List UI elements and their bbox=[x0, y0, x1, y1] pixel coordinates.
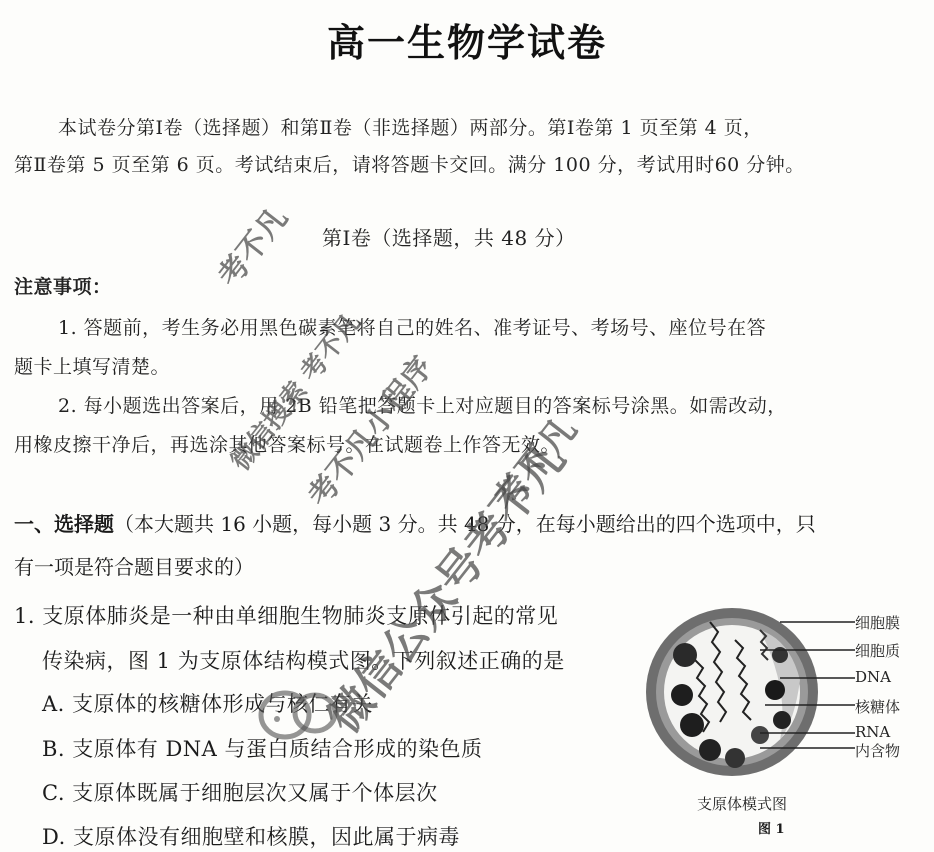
notes-item-1-line-2: 题卡上填写清楚。 bbox=[14, 352, 170, 379]
figure-label-cell-membrane: 细胞膜 bbox=[855, 612, 900, 633]
intro-line-1: 本试卷分第Ⅰ卷（选择题）和第Ⅱ卷（非选择题）两部分。第Ⅰ卷第 1 页至第 4 页… bbox=[58, 113, 763, 140]
notes-item-2-line-2: 用橡皮擦干净后，再选涂其他答案标号。在试题卷上作答无效。 bbox=[14, 430, 560, 457]
figure-label-inclusion: 内含物 bbox=[855, 740, 900, 761]
figure-label-ribosome: 核糖体 bbox=[855, 696, 900, 717]
figure-label-cytoplasm: 细胞质 bbox=[855, 640, 900, 661]
notes-item-1-line-1: 1. 答题前，考生务必用黑色碳素笔将自己的姓名、准考证号、考场号、座位号在答 bbox=[58, 313, 766, 340]
question-1-option-d: D. 支原体没有细胞壁和核膜，因此属于病毒 bbox=[42, 821, 460, 851]
figure-caption: 支原体模式图 bbox=[697, 793, 787, 814]
question-1-option-b: B. 支原体有 DNA 与蛋白质结合形成的染色质 bbox=[42, 733, 483, 763]
figure-number: 图 1 bbox=[758, 818, 785, 837]
section1-heading-bold: 一、选择题 bbox=[14, 512, 114, 536]
section1-heading: 一、选择题（本大题共 16 小题，每小题 3 分。共 48 分，在每小题给出的四… bbox=[14, 508, 816, 537]
figure-leader-lines bbox=[760, 610, 860, 760]
figure-label-dna: DNA bbox=[855, 668, 891, 686]
question-1-option-a: A. 支原体的核糖体形成与核仁有关 bbox=[42, 688, 373, 718]
notes-heading: 注意事项： bbox=[14, 272, 112, 299]
question-1-stem-line-2: 传染病，图 1 为支原体结构模式图。下列叙述正确的是 bbox=[42, 645, 565, 675]
notes-item-2-line-1: 2. 每小题选出答案后，用 2B 铅笔把答题卡上对应题目的答案标号涂黑。如需改动… bbox=[58, 391, 787, 418]
section1-heading-line-2: 有一项是符合题目要求的） bbox=[14, 551, 254, 580]
watermark-kaobufan-1: 考不凡 bbox=[205, 196, 295, 294]
section1-heading-rest: （本大题共 16 小题，每小题 3 分。共 48 分，在每小题给出的四个选项中，… bbox=[114, 512, 816, 536]
intro-line-2: 第Ⅱ卷第 5 页至第 6 页。考试结束后，请将答题卡交回。满分 100 分，考试… bbox=[14, 150, 805, 177]
figure-label-rna: RNA bbox=[855, 723, 890, 741]
question-1-stem-line-1: 1. 支原体肺炎是一种由单细胞生物肺炎支原体引起的常见 bbox=[14, 600, 558, 630]
part1-heading: 第Ⅰ卷（选择题，共 48 分） bbox=[322, 222, 576, 251]
question-1-option-c: C. 支原体既属于细胞层次又属于个体层次 bbox=[42, 777, 438, 807]
watermark-kaobufan-2: 考不凡 bbox=[480, 404, 587, 521]
document-title: 高一生物学试卷 bbox=[0, 12, 934, 67]
